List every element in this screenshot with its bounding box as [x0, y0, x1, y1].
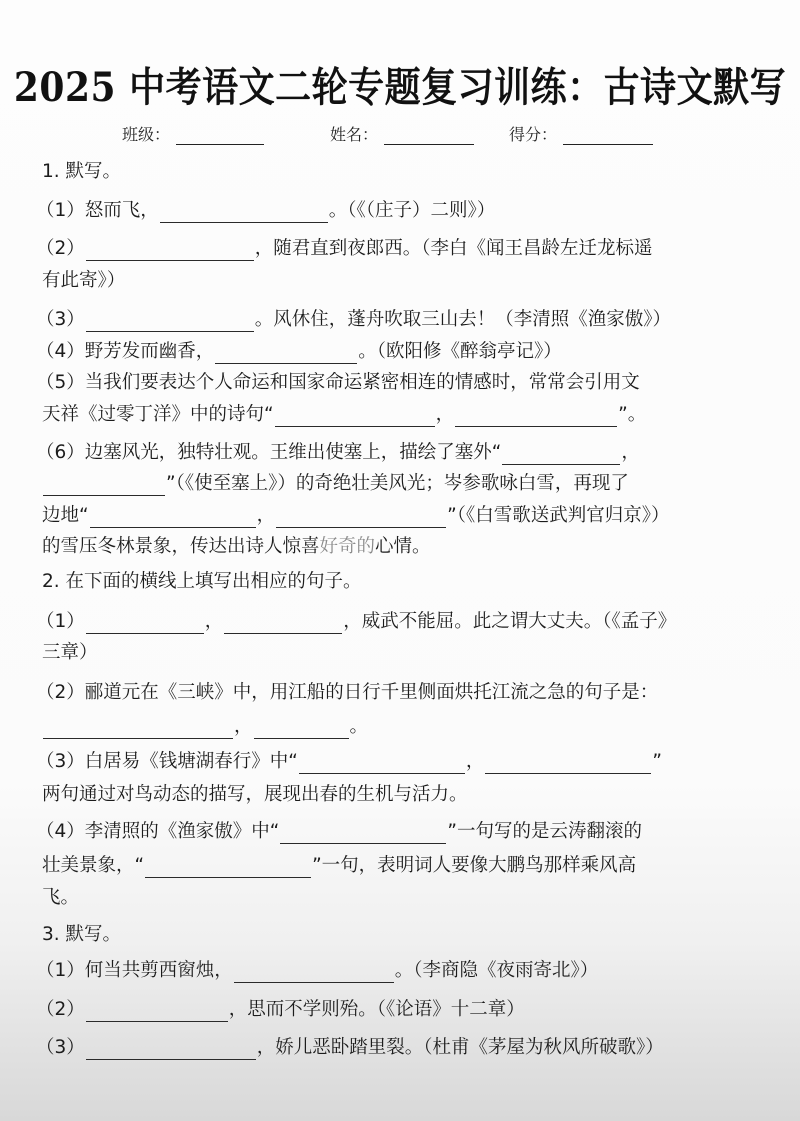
- answer-blank[interactable]: [485, 755, 651, 774]
- item-text: ”（《白雪歌送武判官归京》）: [447, 505, 669, 526]
- item-text: 天祥《过零丁洋》中的诗句“: [42, 404, 274, 425]
- q1-6-line2: ”（《使至塞上》）的奇绝壮美风光；岑参歌咏白雪，再现了: [42, 472, 629, 496]
- item-text: ，: [205, 611, 224, 632]
- item-text: 。（李商隐《夜雨寄北》）: [395, 960, 599, 981]
- score-field: 得分：: [509, 122, 654, 145]
- answer-blank[interactable]: [455, 408, 617, 427]
- name-field: 姓名：: [330, 122, 475, 145]
- item-number: （2）: [36, 999, 85, 1020]
- item-number: （4）: [36, 821, 85, 842]
- q1-6-line4: 的雪压冬林景象，传达出诗人惊喜好奇的心情。: [42, 535, 431, 559]
- item-text: 。风休住，蓬舟吹取三山去！（李清照《渔家傲》）: [255, 309, 671, 330]
- item-number: （1）: [36, 611, 85, 632]
- item-text: 好奇的: [320, 536, 376, 557]
- class-field: 班级：: [122, 122, 265, 145]
- q1-5: （5）当我们要表达个人命运和国家命运紧密相连的情感时，常常会引用文: [36, 371, 640, 395]
- item-text: ，威武不能屈。此之谓大丈夫。（《孟子》: [343, 611, 676, 632]
- item-text: ，思而不学则殆。（《论语》十二章）: [229, 999, 525, 1020]
- section-3-heading: 3. 默写。: [42, 923, 121, 947]
- item-text: ，: [234, 716, 253, 737]
- item-text: ”一句写的是云涛翻滚的: [447, 821, 642, 842]
- name-label: 姓名：: [330, 122, 378, 145]
- item-text: 怒而飞，: [85, 200, 159, 221]
- answer-blank[interactable]: [86, 1041, 256, 1060]
- item-text: 李清照的《渔家傲》中“: [85, 821, 280, 842]
- answer-blank[interactable]: [86, 313, 254, 332]
- q1-2-wrap: 有此寄》）: [42, 269, 125, 293]
- q2-4-line2: 壮美景象，“”一句，表明词人要像大鹏鸟那样乘风高: [42, 854, 636, 878]
- answer-blank[interactable]: [234, 964, 394, 983]
- q2-4: （4）李清照的《渔家傲》中“”一句写的是云涛翻滚的: [36, 820, 642, 844]
- item-text: 何当共剪西窗烛，: [85, 960, 233, 981]
- item-number: （1）: [36, 960, 85, 981]
- q1-6: （6）边塞风光，独特壮观。王维出使塞上，描绘了塞外“，: [36, 441, 640, 465]
- answer-blank[interactable]: [275, 408, 435, 427]
- q1-3: （3）。风休住，蓬舟吹取三山去！（李清照《渔家傲》）: [36, 308, 671, 332]
- item-text: ，: [436, 404, 455, 425]
- item-number: （4）: [36, 341, 85, 362]
- item-text: 野芳发而幽香，: [85, 341, 215, 362]
- answer-blank[interactable]: [86, 242, 254, 261]
- answer-blank[interactable]: [224, 615, 342, 634]
- answer-blank[interactable]: [254, 720, 349, 739]
- q2-2: （2）郦道元在《三峡》中，用江船的日行千里侧面烘托江流之急的句子是：: [36, 681, 658, 705]
- item-text: 。（欧阳修《醉翁亭记》）: [358, 341, 562, 362]
- item-text: 当我们要表达个人命运和国家命运紧密相连的情感时，常常会引用文: [85, 372, 640, 393]
- answer-blank[interactable]: [160, 204, 328, 223]
- q3-1: （1）何当共剪西窗烛，。（李商隐《夜雨寄北》）: [36, 959, 598, 983]
- page-title: 2025 中考语文二轮专题复习训练：古诗文默写: [0, 56, 800, 113]
- item-text: 白居易《钱塘湖春行》中“: [85, 751, 298, 772]
- item-text: 心情。: [375, 536, 431, 557]
- answer-blank[interactable]: [145, 859, 311, 878]
- section-1-heading: 1. 默写。: [42, 160, 121, 184]
- item-number: （3）: [36, 751, 85, 772]
- score-input[interactable]: [563, 130, 653, 145]
- q1-5-wrap: 天祥《过零丁洋》中的诗句“，”。: [42, 403, 646, 427]
- item-text: ，: [257, 505, 276, 526]
- q2-3: （3）白居易《钱塘湖春行》中“，”: [36, 750, 662, 774]
- q1-4: （4）野芳发而幽香，。（欧阳修《醉翁亭记》）: [36, 340, 562, 364]
- item-number: （3）: [36, 309, 85, 330]
- q2-3-wrap: 两句通过对鸟动态的描写，展现出春的生机与活力。: [42, 783, 468, 807]
- item-text: 郦道元在《三峡》中，用江船的日行千里侧面烘托江流之急的句子是：: [85, 682, 659, 703]
- answer-blank[interactable]: [299, 755, 465, 774]
- answer-blank[interactable]: [502, 446, 620, 465]
- class-label: 班级：: [122, 122, 170, 145]
- item-number: （6）: [36, 442, 85, 463]
- answer-blank[interactable]: [43, 720, 233, 739]
- q2-1-wrap: 三章）: [42, 641, 98, 665]
- item-number: （3）: [36, 1037, 85, 1058]
- item-text: ”: [652, 751, 662, 772]
- q1-1: （1）怒而飞，。（《（庄子）二则》）: [36, 199, 495, 223]
- q3-2: （2），思而不学则殆。（《论语》十二章）: [36, 998, 525, 1022]
- answer-blank[interactable]: [43, 477, 165, 496]
- item-text: ，随君直到夜郎西。（李白《闻王昌龄左迁龙标遥: [255, 238, 653, 259]
- item-text: 。: [350, 716, 369, 737]
- q1-2: （2），随君直到夜郎西。（李白《闻王昌龄左迁龙标遥: [36, 237, 653, 261]
- item-text: 的雪压冬林景象，传达出诗人惊喜: [42, 536, 320, 557]
- section-2-heading: 2. 在下面的横线上填写出相应的句子。: [42, 570, 362, 594]
- item-text: 边塞风光，独特壮观。王维出使塞上，描绘了塞外“: [85, 442, 502, 463]
- answer-blank[interactable]: [86, 1003, 228, 1022]
- q2-2-wrap: ，。: [42, 715, 368, 739]
- item-text: ”。: [618, 404, 646, 425]
- q2-4-line3: 飞。: [42, 886, 79, 910]
- q2-1: （1），，威武不能屈。此之谓大丈夫。（《孟子》: [36, 610, 676, 634]
- q3-3: （3），娇儿恶卧踏里裂。（杜甫《茅屋为秋风所破歌》）: [36, 1036, 664, 1060]
- item-text: 壮美景象，“: [42, 855, 144, 876]
- class-input[interactable]: [176, 130, 264, 145]
- item-text: 边地“: [42, 505, 89, 526]
- item-number: （5）: [36, 372, 85, 393]
- item-text: 。（《（庄子）二则》）: [329, 200, 496, 221]
- answer-blank[interactable]: [280, 825, 446, 844]
- item-text: ”一句，表明词人要像大鹏鸟那样乘风高: [312, 855, 636, 876]
- item-number: （2）: [36, 682, 85, 703]
- name-input[interactable]: [384, 130, 474, 145]
- score-label: 得分：: [509, 122, 557, 145]
- answer-blank[interactable]: [86, 615, 204, 634]
- item-text: ，: [621, 442, 640, 463]
- item-text: ”（《使至塞上》）的奇绝壮美风光；岑参歌咏白雪，再现了: [166, 473, 629, 494]
- answer-blank[interactable]: [90, 509, 256, 528]
- item-text: ，: [466, 751, 485, 772]
- item-number: （1）: [36, 200, 85, 221]
- answer-blank[interactable]: [215, 345, 357, 364]
- answer-blank[interactable]: [276, 509, 446, 528]
- q1-6-line3: 边地“，”（《白雪歌送武判官归京》）: [42, 504, 669, 528]
- item-number: （2）: [36, 238, 85, 259]
- item-text: ，娇儿恶卧踏里裂。（杜甫《茅屋为秋风所破歌》）: [257, 1037, 664, 1058]
